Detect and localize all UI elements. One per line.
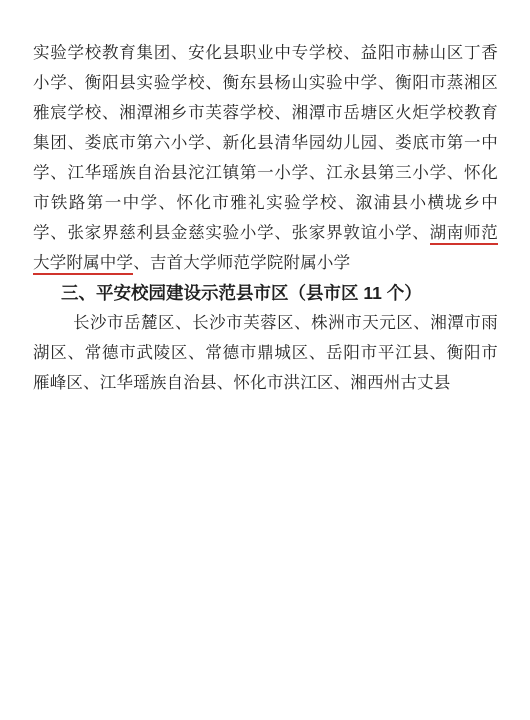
document-page: 实验学校教育集团、安化县职业中专学校、益阳市赫山区丁香小学、衡阳县实验学校、衡东… <box>0 0 530 720</box>
paragraph-school-list: 实验学校教育集团、安化县职业中专学校、益阳市赫山区丁香小学、衡阳县实验学校、衡东… <box>33 38 498 278</box>
section-heading: 三、平安校园建设示范县市区（县市区 11 个） <box>33 278 498 308</box>
school-list-text: 实验学校教育集团、安化县职业中专学校、益阳市赫山区丁香小学、衡阳县实验学校、衡东… <box>33 43 498 242</box>
school-list-text-tail: 、吉首大学师范学院附属小学 <box>133 253 350 272</box>
paragraph-district-list: 长沙市岳麓区、长沙市芙蓉区、株洲市天元区、湘潭市雨湖区、常德市武陵区、常德市鼎城… <box>33 308 498 398</box>
